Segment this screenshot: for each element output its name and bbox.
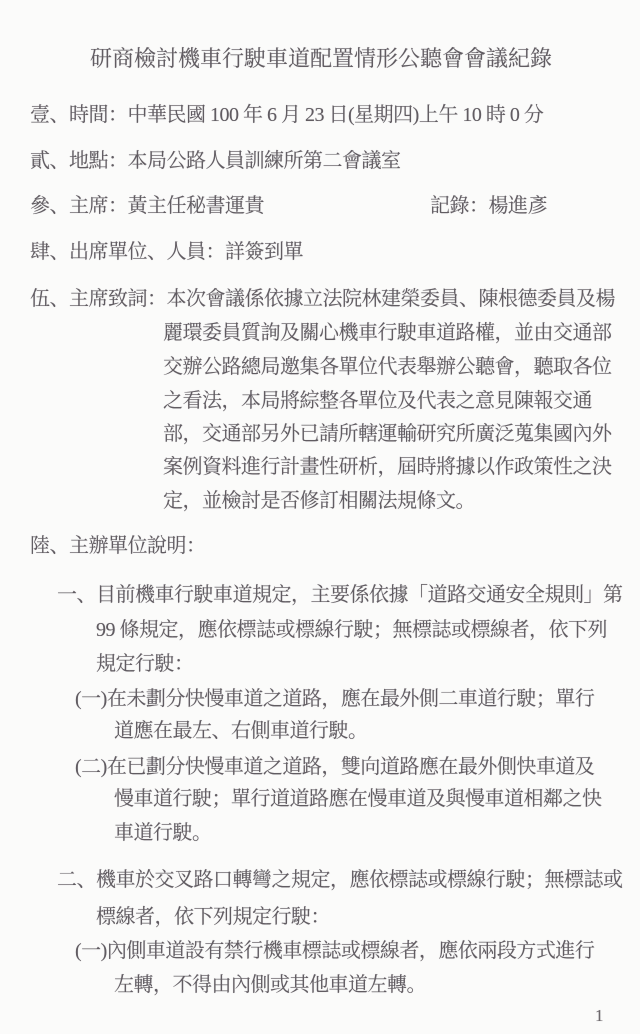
item2-line: 二、機車於交叉路口轉彎之規定，應依標誌或標線行駛；無標誌或 (57, 868, 623, 892)
chair-speech-line: 交辦公路總局邀集各單位代表舉辦公聽會，聽取各位 (163, 355, 612, 379)
item1-line: 99 條規定，應依標誌或標線行駛；無標誌或標線者，依下列 (96, 618, 607, 642)
item1-sub1-line: (一)在未劃分快慢車道之道路，應在最外側二車道行駛；單行 (75, 687, 594, 711)
chair-speech-line: 之看法，本局將綜整各單位及代表之意見陳報交通 (163, 389, 592, 413)
chair-speech-line: 麗環委員質詢及關心機車行駛車道路權，並由交通部 (163, 321, 612, 345)
doc-title: 研商檢討機車行駛車道配置情形公聽會會議紀錄 (90, 47, 552, 71)
meeting-chair-line: 參、主席：黃主任秘書運貴 (30, 194, 264, 218)
item2-line: 標線者，依下列規定行駛： (96, 905, 330, 929)
item1-sub2-line: (二)在已劃分快慢車道之道路，雙向道路應在最外側快車道及 (75, 755, 594, 779)
chair-speech-line: 案例資料進行計畫性研析，屆時將據以作政策性之決 (163, 455, 612, 479)
attendees-line: 肆、出席單位、人員：詳簽到單 (30, 240, 303, 264)
item1-line: 規定行駛： (96, 652, 194, 676)
item2-sub1-line: 左轉，不得由內側或其他車道左轉。 (114, 973, 426, 997)
item1-sub1-line: 道應在最左、右側車道行駛。 (114, 719, 368, 743)
chair-speech-line: 定，並檢討是否修訂相關法規條文。 (163, 489, 475, 513)
meeting-recorder-line: 記錄：楊進彥 (430, 194, 547, 218)
item1-sub2-line: 車道行駛。 (114, 821, 212, 845)
item1-sub2-line: 慢車道行駛；單行道道路應在慢車道及與慢車道相鄰之快 (114, 787, 602, 811)
document-page: 研商檢討機車行駛車道配置情形公聽會會議紀錄 壹、時間：中華民國 100 年 6 … (0, 0, 640, 1034)
host-explanation-heading: 陸、主辦單位說明： (30, 534, 206, 558)
item1-line: 一、目前機車行駛車道規定，主要係依據「道路交通安全規則」第 (57, 583, 623, 607)
meeting-time-line: 壹、時間：中華民國 100 年 6 月 23 日(星期四)上午 10 時 0 分 (30, 103, 543, 127)
page-number: 1 (595, 1004, 604, 1028)
item2-sub1-line: (一)內側車道設有禁行機車標誌或標線者，應依兩段方式進行 (75, 939, 594, 963)
meeting-place-line: 貳、地點：本局公路人員訓練所第二會議室 (30, 149, 401, 173)
chair-speech-line: 部，交通部另外已請所轄運輸研究所廣泛蒐集國內外 (163, 422, 612, 446)
chair-speech-line: 伍、主席致詞：本次會議係依據立法院林建榮委員、陳根德委員及楊 (30, 287, 615, 311)
